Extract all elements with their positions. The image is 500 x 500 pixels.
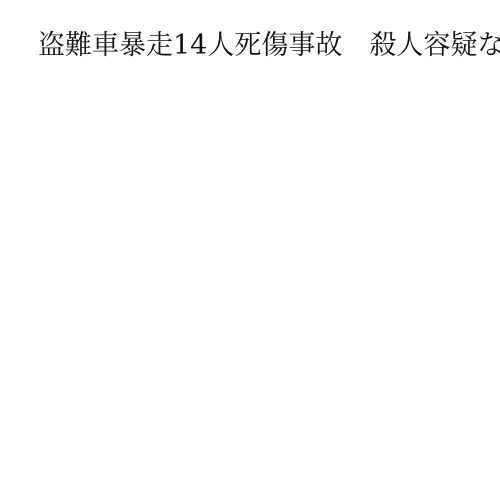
headline-text: 盗難車暴走14人死傷事故 殺人容疑な [38, 30, 500, 62]
page-background: 盗難車暴走14人死傷事故 殺人容疑な [0, 0, 500, 500]
